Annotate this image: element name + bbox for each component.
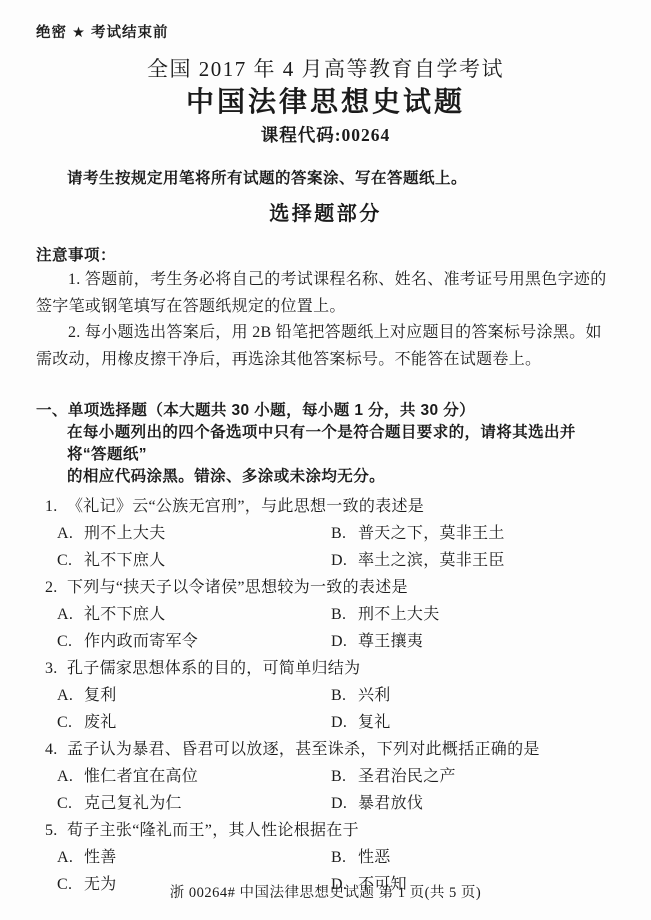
option-a: A. 礼不下庶人 (57, 601, 331, 628)
option-text: 兴利 (358, 682, 391, 709)
option-label: C. (57, 547, 84, 574)
option-row: A. 礼不下庶人 B. 刑不上大夫 (36, 601, 615, 628)
option-label: B. (331, 601, 358, 628)
option-label: D. (331, 628, 358, 655)
option-row: A. 惟仁者宜在高位 B. 圣君治民之产 (36, 763, 615, 790)
option-text: 废礼 (84, 709, 117, 736)
option-d: D. 复礼 (331, 709, 391, 736)
option-c: C. 克己复礼为仁 (57, 790, 331, 817)
question-2: 2. 下列与“挟天子以令诸侯”思想较为一致的表述是 A. 礼不下庶人 B. 刑不… (36, 574, 615, 655)
option-text: 圣君治民之产 (358, 763, 456, 790)
section-one-heading: 一、 单项选择题（本大题共 30 小题，每小题 1 分，共 30 分） (36, 400, 615, 422)
option-text: 尊王攘夷 (358, 628, 423, 655)
question-stem: 5. 荀子主张“隆礼而王”，其人性论根据在于 (36, 817, 615, 844)
question-number: 4. (45, 736, 67, 763)
question-number: 5. (45, 817, 67, 844)
paper-title: 中国法律思想史试题 (36, 85, 615, 119)
option-row: C. 克己复礼为仁 D. 暴君放伐 (36, 790, 615, 817)
option-text: 复利 (84, 682, 117, 709)
option-label: D. (331, 547, 358, 574)
question-stem: 3. 孔子儒家思想体系的目的，可简单归结为 (36, 655, 615, 682)
question-stem-text: 下列与“挟天子以令诸侯”思想较为一致的表述是 (67, 574, 408, 601)
option-row: A. 复利 B. 兴利 (36, 682, 615, 709)
option-label: A. (57, 844, 84, 871)
question-stem-text: 《礼记》云“公族无宫刑”，与此思想一致的表述是 (67, 493, 424, 520)
option-b: B. 刑不上大夫 (331, 601, 440, 628)
option-label: C. (57, 709, 84, 736)
section-one-header: 一、 单项选择题（本大题共 30 小题，每小题 1 分，共 30 分） 在每小题… (36, 400, 615, 488)
option-d: D. 尊王攘夷 (331, 628, 423, 655)
option-text: 礼不下庶人 (84, 601, 166, 628)
option-c: C. 作内政而寄军令 (57, 628, 331, 655)
question-stem: 4. 孟子认为暴君、昏君可以放逐，甚至诛杀，下列对此概括正确的是 (36, 736, 615, 763)
option-text: 普天之下，莫非王土 (358, 520, 505, 547)
question-stem-text: 荀子主张“隆礼而王”，其人性论根据在于 (67, 817, 359, 844)
option-text: 性恶 (358, 844, 391, 871)
section-one-note-line2: 的相应代码涂黑。错涂、多涂或未涂均无分。 (36, 466, 615, 488)
question-3: 3. 孔子儒家思想体系的目的，可简单归结为 A. 复利 B. 兴利 C. 废礼 (36, 655, 615, 736)
option-b: B. 性恶 (331, 844, 391, 871)
option-c: C. 废礼 (57, 709, 331, 736)
option-label: D. (331, 790, 358, 817)
option-label: B. (331, 682, 358, 709)
option-row: A. 性善 B. 性恶 (36, 844, 615, 871)
option-d: D. 率土之滨，莫非王臣 (331, 547, 505, 574)
option-label: B. (331, 763, 358, 790)
option-a: A. 性善 (57, 844, 331, 871)
question-4: 4. 孟子认为暴君、昏君可以放逐，甚至诛杀，下列对此概括正确的是 A. 惟仁者宜… (36, 736, 615, 817)
option-b: B. 普天之下，莫非王土 (331, 520, 505, 547)
option-b: B. 圣君治民之产 (331, 763, 456, 790)
option-row: C. 作内政而寄军令 D. 尊王攘夷 (36, 628, 615, 655)
option-label: A. (57, 601, 84, 628)
question-list: 1. 《礼记》云“公族无宫刑”，与此思想一致的表述是 A. 刑不上大夫 B. 普… (36, 493, 615, 898)
question-stem-text: 孟子认为暴君、昏君可以放逐，甚至诛杀，下列对此概括正确的是 (67, 736, 540, 763)
course-code: 课程代码:00264 (36, 124, 615, 147)
section-one-heading-text: 单项选择题（本大题共 30 小题，每小题 1 分，共 30 分） (68, 400, 475, 422)
question-number: 1. (45, 493, 67, 520)
page-footer: 浙 00264# 中国法律思想史试题 第 1 页(共 5 页) (0, 883, 651, 903)
notice-title: 注意事项： (36, 244, 615, 267)
option-c: C. 礼不下庶人 (57, 547, 331, 574)
option-text: 性善 (84, 844, 117, 871)
section-one-note-line1: 在每小题列出的四个备选项中只有一个是符合题目要求的，请将其选出并将“答题纸” (36, 422, 615, 466)
option-text: 作内政而寄军令 (84, 628, 198, 655)
question-number: 2. (45, 574, 67, 601)
option-text: 惟仁者宜在高位 (84, 763, 198, 790)
exam-title: 全国 2017 年 4 月高等教育自学考试 (36, 55, 615, 83)
secrecy-label: 绝密 ★ 考试结束前 (36, 24, 615, 42)
option-label: C. (57, 790, 84, 817)
option-label: B. (331, 520, 358, 547)
option-text: 率土之滨，莫非王臣 (358, 547, 505, 574)
option-label: A. (57, 763, 84, 790)
section-title-choice-part: 选择题部分 (36, 199, 615, 229)
option-label: B. (331, 844, 358, 871)
option-text: 刑不上大夫 (84, 520, 166, 547)
option-d: D. 暴君放伐 (331, 790, 423, 817)
option-b: B. 兴利 (331, 682, 391, 709)
option-text: 复礼 (358, 709, 391, 736)
section-one-number: 一、 (36, 400, 68, 422)
option-a: A. 复利 (57, 682, 331, 709)
option-text: 刑不上大夫 (358, 601, 440, 628)
option-text: 礼不下庶人 (84, 547, 166, 574)
option-label: D. (331, 709, 358, 736)
option-label: A. (57, 520, 84, 547)
exam-paper-page: 绝密 ★ 考试结束前 全国 2017 年 4 月高等教育自学考试 中国法律思想史… (0, 0, 651, 920)
option-row: A. 刑不上大夫 B. 普天之下，莫非王土 (36, 520, 615, 547)
question-stem-text: 孔子儒家思想体系的目的，可简单归结为 (67, 655, 360, 682)
option-text: 暴君放伐 (358, 790, 423, 817)
question-1: 1. 《礼记》云“公族无宫刑”，与此思想一致的表述是 A. 刑不上大夫 B. 普… (36, 493, 615, 574)
option-a: A. 刑不上大夫 (57, 520, 331, 547)
option-text: 克己复礼为仁 (84, 790, 182, 817)
notice-item-2: 2. 每小题选出答案后，用 2B 铅笔把答题纸上对应题目的答案标号涂黑。如需改动… (36, 320, 615, 373)
option-label: A. (57, 682, 84, 709)
option-row: C. 废礼 D. 复礼 (36, 709, 615, 736)
question-stem: 2. 下列与“挟天子以令诸侯”思想较为一致的表述是 (36, 574, 615, 601)
question-number: 3. (45, 655, 67, 682)
option-a: A. 惟仁者宜在高位 (57, 763, 331, 790)
answer-sheet-instruction: 请考生按规定用笔将所有试题的答案涂、写在答题纸上。 (36, 168, 615, 190)
notice-item-1: 1. 答题前，考生务必将自己的考试课程名称、姓名、准考证号用黑色字迹的签字笔或钢… (36, 267, 615, 320)
option-row: C. 礼不下庶人 D. 率土之滨，莫非王臣 (36, 547, 615, 574)
option-label: C. (57, 628, 84, 655)
question-stem: 1. 《礼记》云“公族无宫刑”，与此思想一致的表述是 (36, 493, 615, 520)
